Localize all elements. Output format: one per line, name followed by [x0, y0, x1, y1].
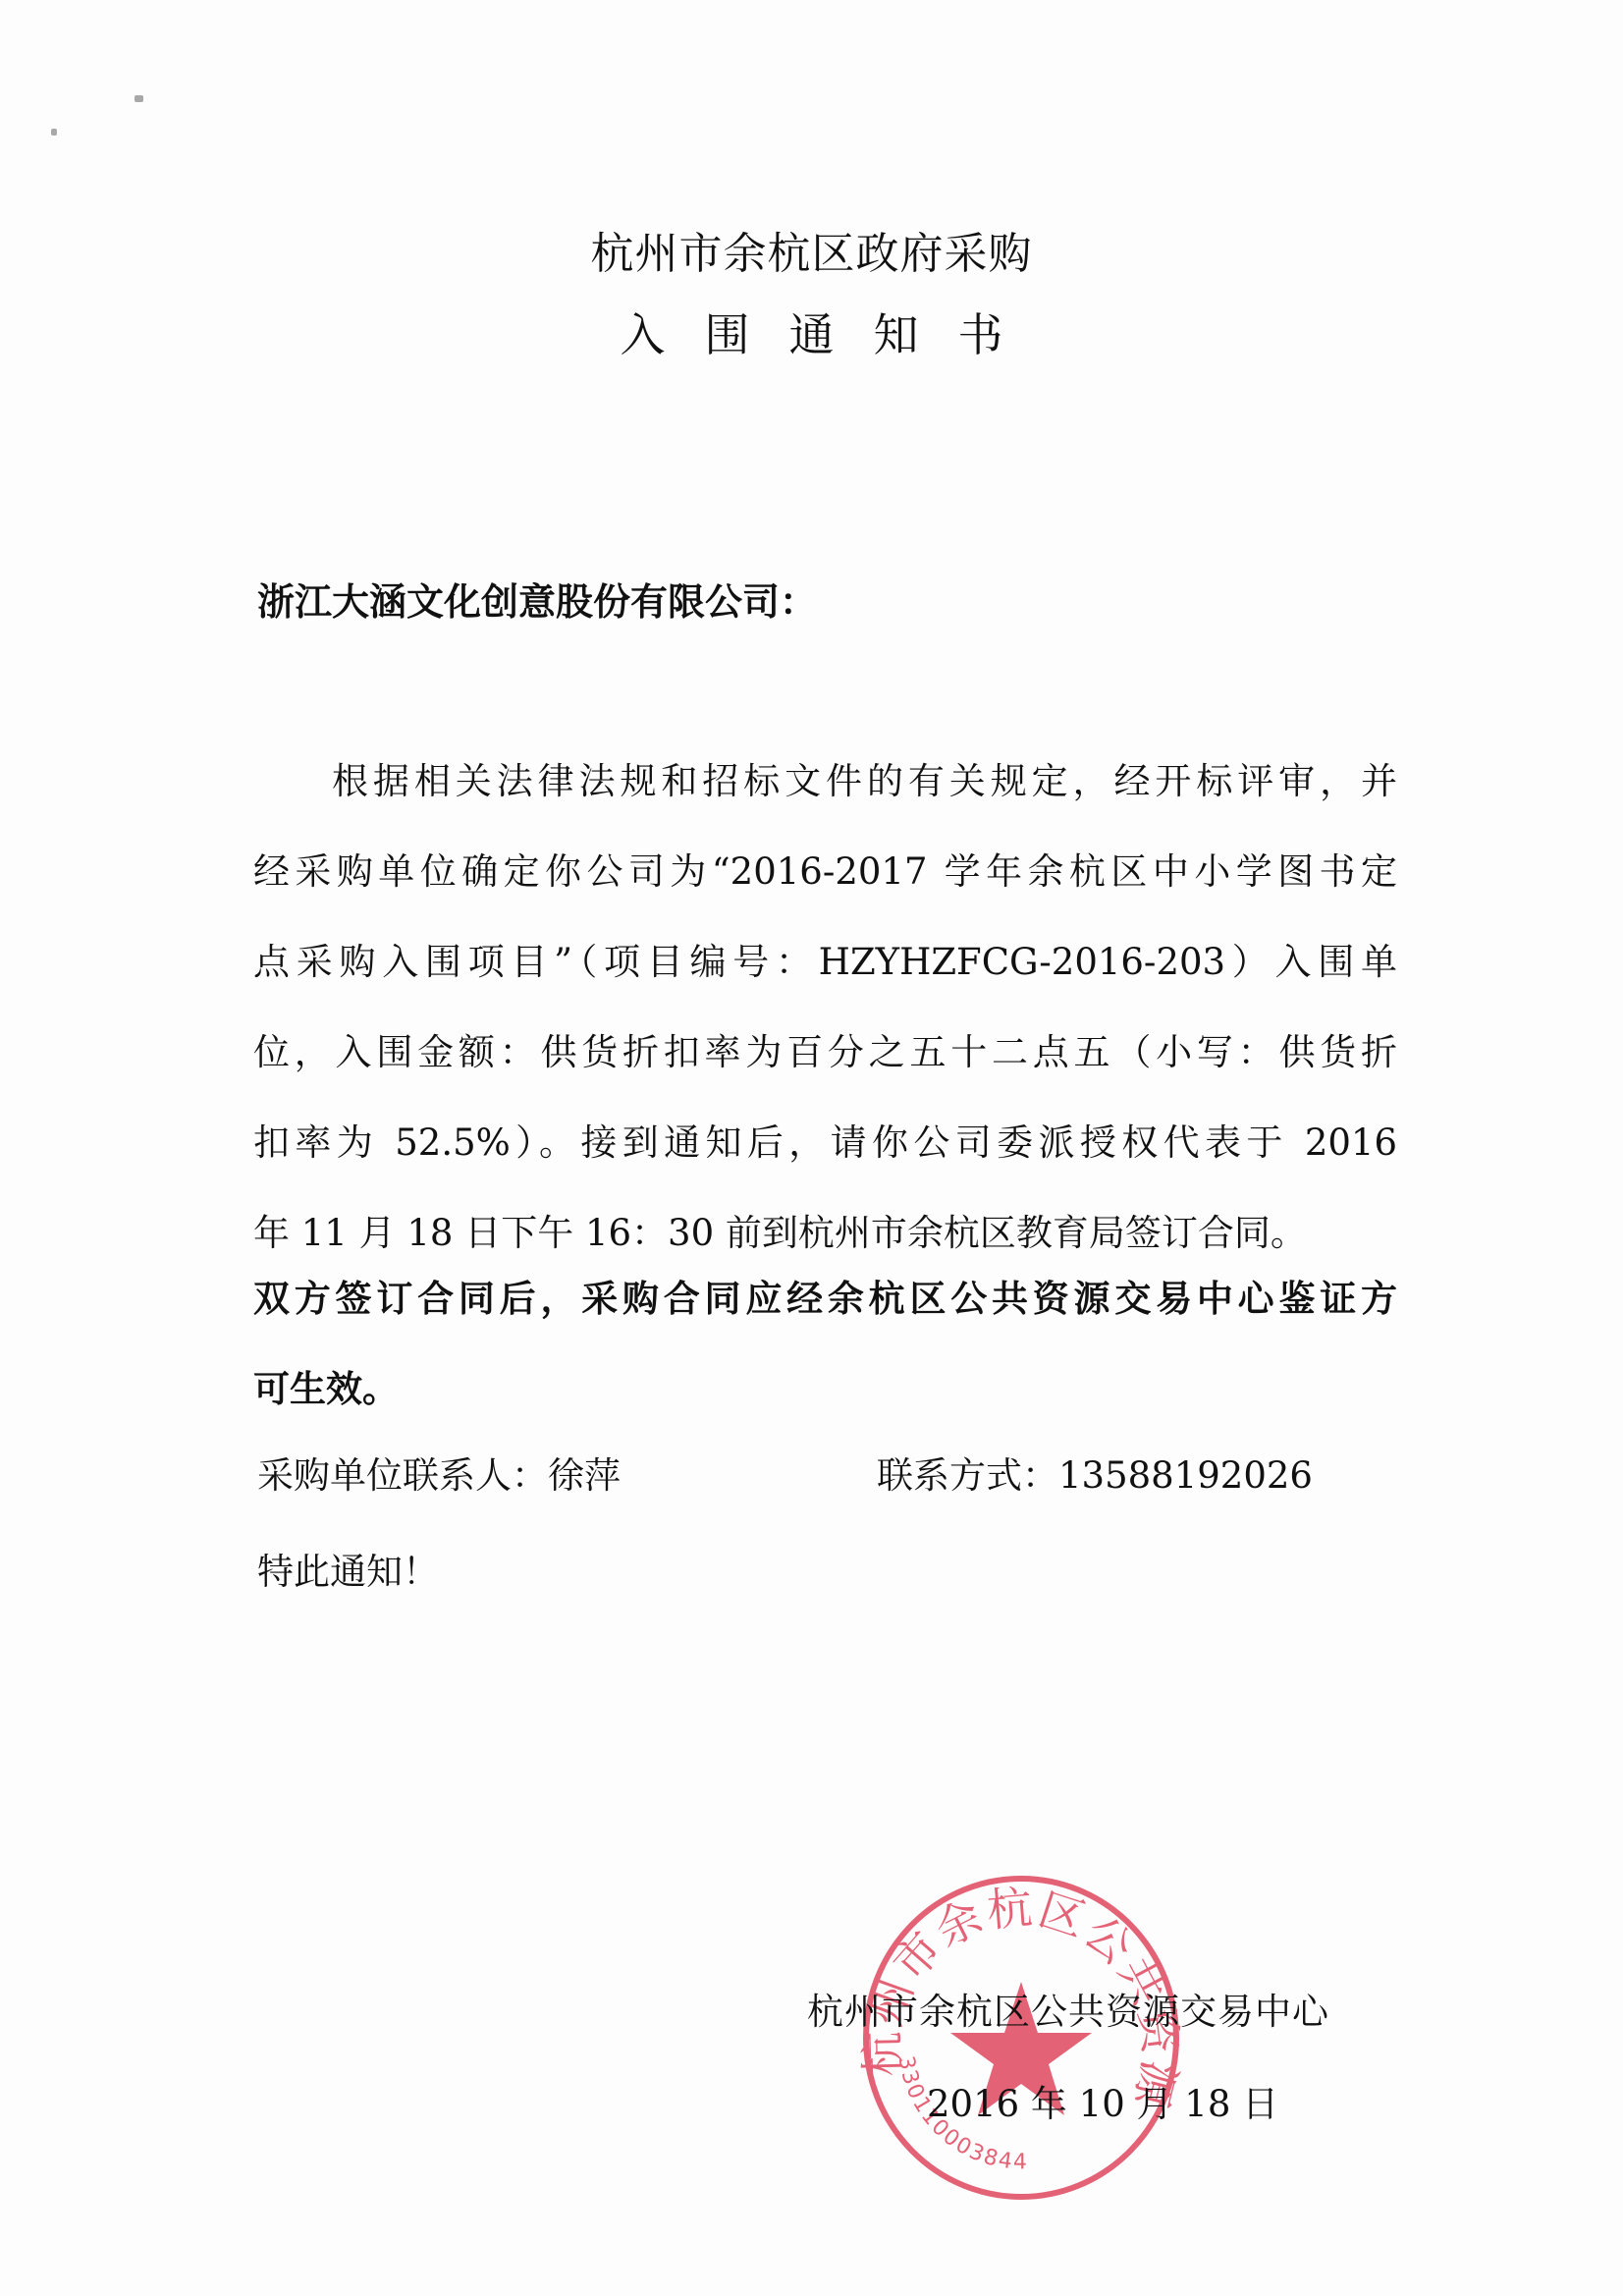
- bold-notice-line: 可生效。: [253, 1359, 1397, 1412]
- body-line: 年 11 月 18 日下午 16：30 前到杭州市余杭区教育局签订合同。: [253, 1203, 1397, 1256]
- document-title: 杭州市余杭区政府采购: [0, 218, 1623, 281]
- scan-speck: [51, 129, 57, 136]
- contact-person: 采购单位联系人：徐萍: [257, 1446, 621, 1499]
- body-line: 扣率为 52.5%）。接到通知后，请你公司委派授权代表于 2016: [253, 1113, 1397, 1166]
- bold-notice-line: 双方签订合同后，采购合同应经余杭区公共资源交易中心鉴证方: [253, 1269, 1397, 1322]
- contact-phone: 联系方式：13588192026: [877, 1446, 1313, 1499]
- signature-organization: 杭州市余杭区公共资源交易中心: [807, 1982, 1329, 2035]
- body-line: 根据相关法律法规和招标文件的有关规定，经开标评审，并: [253, 751, 1397, 804]
- signature-date: 2016 年 10 月 18 日: [927, 2074, 1278, 2127]
- body-line: 经采购单位确定你公司为“2016-2017 学年余杭区中小学图书定: [253, 842, 1397, 895]
- document-subtitle: 入围通知书: [0, 300, 1623, 364]
- body-line: 位，入围金额：供货折扣率为百分之五十二点五（小写：供货折: [253, 1022, 1397, 1075]
- official-seal-icon: 杭州市余杭区公共资源交易中心 3301100038448: [859, 1874, 1183, 2203]
- scan-speck: [135, 95, 143, 102]
- document-page: 杭州市余杭区政府采购 入围通知书 浙江大涵文化创意股份有限公司： 根据相关法律法…: [0, 0, 1623, 2296]
- body-line: 点采购入围项目”（项目编号：HZYHZFCG-2016-203）入围单: [253, 932, 1397, 985]
- closing-remark: 特此通知！: [257, 1542, 439, 1595]
- addressee: 浙江大涵文化创意股份有限公司：: [257, 572, 817, 626]
